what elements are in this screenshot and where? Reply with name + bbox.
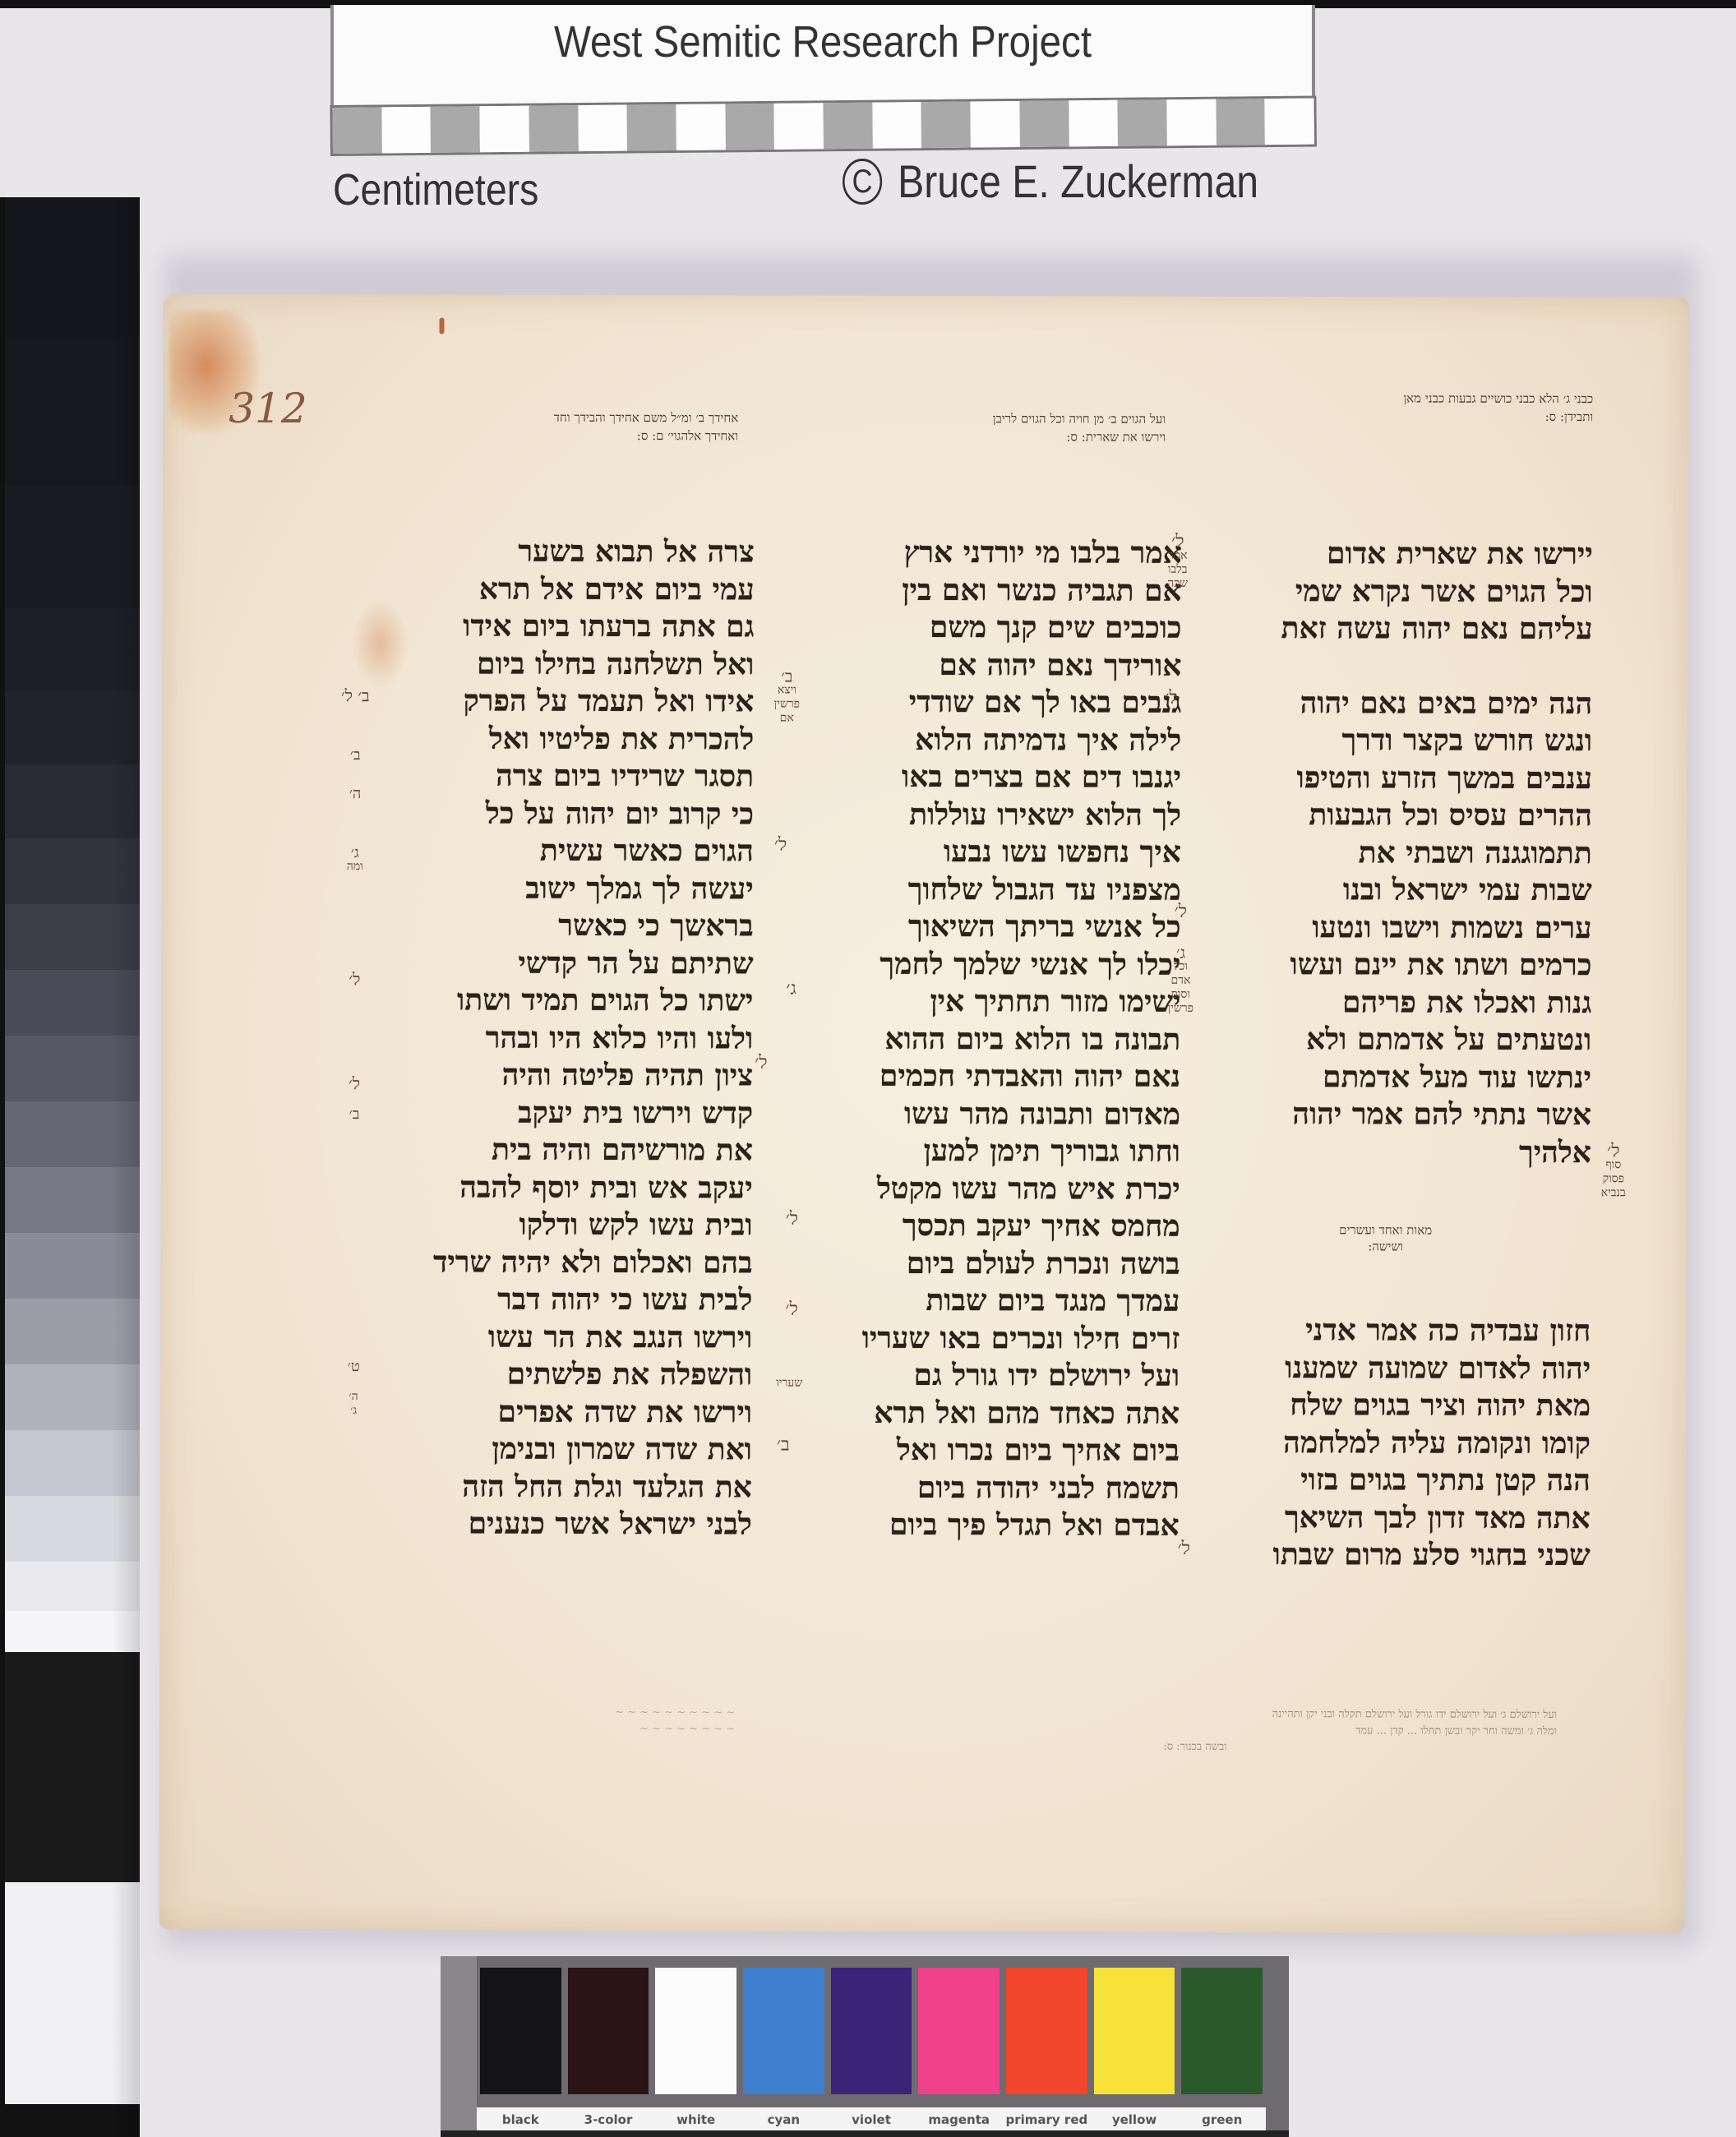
note: ג׳	[333, 1404, 374, 1418]
masorah-line: אחידך ב׳ ומ״ל משם אחידך והבידך וחד	[401, 408, 738, 427]
grey-step	[5, 197, 140, 337]
grey-step	[5, 838, 140, 904]
grey-step	[5, 1562, 140, 1611]
margin-note-sof-pasuk: ל׳ סוף פסוק בנביא	[1593, 1144, 1634, 1200]
ruler-segment	[971, 101, 1020, 148]
margin-note-vayetse: ב׳ ויצא פרשין אם	[766, 669, 807, 725]
text-line: תשמח לבני יהודה ביום	[818, 1469, 1180, 1507]
text-line: גנבים באו לך אם שודדי	[820, 684, 1181, 722]
ruler-segment	[1019, 100, 1069, 147]
note: ב׳	[335, 748, 376, 762]
text-line: הגוים כאשר עשית	[409, 832, 754, 870]
color-calibration-bar: black3-colorwhitecyanvioletmagentaprimar…	[441, 1956, 1289, 2137]
note: בלבו	[1161, 563, 1194, 577]
colophon-line: ושישה:	[1246, 1238, 1526, 1255]
note: פרשין	[766, 697, 807, 711]
text-line: בושה ונכרת לעולם ביום	[818, 1244, 1180, 1283]
text-line: וירשו את שדה אפרים	[407, 1393, 752, 1432]
text-line: שתיתם על הר קדשי	[408, 944, 753, 983]
grey-step	[5, 1652, 140, 1882]
note: ט׳	[333, 1359, 374, 1373]
ruler-segment	[529, 105, 578, 152]
masorah-line: כבני ג׳ הלא כבני כושיים גבעות כבני מאן	[1231, 389, 1593, 408]
scale-label: Centimeters	[333, 164, 538, 215]
ruler-segment	[578, 105, 627, 152]
grey-step-wedge	[0, 197, 140, 2137]
ruler-segment	[480, 106, 529, 153]
stain-left-column	[351, 598, 409, 689]
swatch-label: violet	[828, 2107, 916, 2132]
text-line: ובית עשו לקש ודלקו	[408, 1206, 753, 1244]
copyright-icon: C	[843, 159, 882, 205]
text-line: ואל תשלחנה בחילו ביום	[409, 645, 754, 684]
masorah-line: ותבידן: ס:	[1231, 407, 1593, 426]
grey-step	[5, 1882, 140, 2104]
text-column-left: צרה אל תבוא בשערעמי ביום אידם אל תראגם א…	[407, 533, 755, 1544]
text-line: זרים חילו ונכרים באו שעריו	[818, 1319, 1180, 1358]
color-swatch-violet	[831, 1968, 912, 2094]
note: אדם	[1164, 974, 1197, 988]
ruler-segment	[1166, 99, 1216, 146]
text-line: כוכבים שים קנך משם	[820, 609, 1181, 648]
text-line: יעשה לך גמלך ישוב	[409, 870, 754, 908]
masorah-top-left: אחידך ב׳ ומ״ל משם אחידך והבידך וחד ואחיד…	[401, 408, 738, 445]
text-line: ונטעתים על אדמתם ולא	[1238, 1021, 1591, 1059]
text-line: לבית עשו כי יהוה דבר	[407, 1281, 752, 1319]
text-line: ערים נשמות וישבו ונטעו	[1239, 909, 1592, 948]
grey-step	[5, 1496, 140, 1562]
ruler-segment	[725, 104, 774, 150]
text-line: ענבים במשך הזרע והטיפו	[1239, 759, 1592, 798]
color-swatch-magenta	[918, 1968, 1000, 2094]
note: ה׳	[333, 1390, 374, 1404]
grey-step	[5, 1101, 140, 1167]
margin-note-vekhol: ג׳ וכל אדם וסוס פרשין	[1164, 946, 1197, 1016]
color-swatch-black	[480, 1968, 561, 2094]
text-line: אם תגביה כנשר ואם בין	[820, 571, 1182, 610]
text-column-right: יירשו את שארית אדוםוכל הגוים אשר נקרא שמ…	[1238, 535, 1593, 1171]
masorah-line: וירשו את שארית: ס:	[820, 427, 1166, 446]
masorah-line: ועל ירושלם ג׳ ועל ירושלם ידו גורל ועל יר…	[833, 1705, 1557, 1724]
masorah-top-middle: ועל הגוים ב׳ מן חויה וכל הגוים לריבן ויר…	[820, 409, 1166, 446]
note: סוף	[1593, 1158, 1634, 1172]
margin-note-amar-belibo: ל׳ אמר בלבו שכה	[1161, 535, 1194, 591]
text-line: גם אתה ברעתו ביום אידו	[409, 607, 754, 646]
note: ה׳	[335, 787, 376, 801]
color-swatch-white	[655, 1968, 736, 2094]
text-line: בראשך כי כאשר	[409, 907, 754, 945]
text-line: תסגר שרידיו ביום צרה	[409, 757, 754, 796]
grey-step	[5, 1430, 140, 1496]
grey-step	[5, 337, 140, 485]
margin-mark: ל׳	[785, 1299, 797, 1320]
masorah-bottom-left: ~ ~ ~ ~ ~ ~ ~ ~ ~ ~ ~ ~ ~ ~ ~ ~ ~ ~	[422, 1704, 735, 1738]
text-line: ביום אחיך ביום נכרו ואל	[818, 1432, 1180, 1470]
copyright-label: CBruce E. Zuckerman	[843, 155, 1258, 208]
margin-mark: ל׳	[774, 834, 787, 856]
text-line: ואת שדה שמרון ובנימן	[407, 1430, 752, 1469]
ruler-segment	[1265, 99, 1314, 145]
text-line: עמדך מנגד ביום שבות	[818, 1282, 1180, 1321]
note: ב׳	[766, 669, 807, 683]
note: שעריו	[769, 1377, 810, 1391]
swatch-label: black	[477, 2107, 565, 2132]
text-line: הנה ימים באים נאם יהוה	[1239, 685, 1592, 723]
note: וכל	[1164, 960, 1197, 974]
text-line: בהם ואכלום ולא יהיה שריד	[407, 1244, 752, 1282]
ruler-segment	[431, 106, 480, 153]
text-line: ציון תהיה פליטה והיה	[408, 1056, 753, 1095]
color-swatch-green	[1181, 1968, 1263, 2094]
book-colophon: מאות ואחד ועשרים ושישה:	[1246, 1221, 1526, 1255]
swatch-label: primary red	[1003, 2107, 1091, 2132]
masorah-line: ובשה בכנור: ס:	[833, 1738, 1557, 1756]
margin-mark: ל׳	[755, 1051, 767, 1073]
text-line: כל אנשי בריתך השיאוך	[820, 908, 1181, 947]
note: אם	[766, 711, 807, 725]
color-swatch-primary-red	[1006, 1968, 1087, 2094]
text-line: יירשו את שארית אדום	[1240, 535, 1593, 574]
ruler-segment	[676, 104, 725, 150]
text-line: נאם יהוה והאבדתי חכמים	[819, 1058, 1180, 1096]
text-line: והשפלה את פלשתים	[407, 1355, 752, 1394]
grey-step	[5, 1611, 140, 1652]
color-swatch-cyan	[743, 1968, 824, 2094]
text-column-right-obadiah: חזון עבדיה כה אמר אדנייהוה לאדום שמועה ש…	[1237, 1312, 1591, 1575]
grey-step	[5, 1233, 140, 1299]
text-line: אלהיך	[1238, 1133, 1591, 1172]
note: ויצא	[766, 683, 807, 697]
grey-step	[5, 904, 140, 970]
note: שכה	[1161, 577, 1194, 591]
text-line: שכני בחגוי סלע מרום שבתו	[1237, 1536, 1591, 1575]
text-line: את הגלעד וגלת החל הזה	[407, 1468, 752, 1507]
margin-mark: ב׳	[777, 1434, 790, 1456]
masorah-top-right: כבני ג׳ הלא כבני כושיים גבעות כבני מאן ו…	[1231, 389, 1593, 426]
swatch-label: green	[1178, 2107, 1266, 2132]
text-line: אשר נתתי להם אמר יהוה	[1238, 1096, 1591, 1134]
margin-mark: ל׳	[1165, 687, 1177, 708]
note: ל׳	[334, 972, 375, 986]
ruler-segment	[332, 107, 381, 154]
text-line: אבדם ואל תגדל פיך ביום	[818, 1507, 1180, 1545]
note: ב׳	[334, 1107, 375, 1121]
swatch-label: cyan	[740, 2107, 828, 2132]
margin-mark: ל׳	[1178, 1538, 1190, 1559]
text-line: קדש וירשו בית יעקב	[408, 1094, 753, 1133]
note: ל׳	[334, 1077, 375, 1091]
copyright-holder: Bruce E. Zuckerman	[898, 155, 1258, 207]
masorah-line: ואחידך אלהגוי׳ ם: ס:	[401, 426, 738, 445]
text-line: מאת יהוה וציר בגוים שלח	[1237, 1387, 1591, 1425]
text-line: ישימו מזור תחתיך אין	[819, 983, 1180, 1022]
text-line: לבני ישראל אשר כנענים	[407, 1505, 752, 1544]
text-line: עמי ביום אידם אל תרא	[409, 570, 755, 609]
text-line: ישתו כל הגוים תמיד ושתו	[408, 981, 753, 1020]
text-line: יגנבו דים אם בצרים באו	[820, 759, 1181, 797]
swatch-label: 3-color	[565, 2107, 653, 2132]
note: ומה	[335, 860, 376, 874]
masorah-line: ומלה ג׳ ומשה וחר יקר ובשן תחלו ... קדן .…	[833, 1722, 1557, 1740]
grey-step	[5, 1364, 140, 1430]
text-line: מצפניו עד הגבול שלחוך	[820, 870, 1181, 909]
grey-step	[5, 1036, 140, 1101]
grey-step	[5, 1167, 140, 1233]
text-line: ינתשו עוד מעל אדמתם	[1238, 1059, 1591, 1097]
text-line: אמר בלבו מי יורדני ארץ	[820, 534, 1182, 573]
grey-step	[5, 970, 140, 1036]
text-line: מחמס אחיך יעקב תכסך	[819, 1207, 1180, 1246]
text-line: ולעו והיו כלוא היו ובהר	[408, 1019, 753, 1058]
text-line: ונגש חורש בקצר ודרך	[1239, 722, 1592, 760]
ruler-segment	[921, 102, 971, 149]
centimeter-ruler	[330, 95, 1317, 156]
bottom-dark-strip	[441, 2130, 1289, 2137]
text-line: ההרים עסיס וכל הגבעות	[1239, 796, 1592, 835]
text-line: חזון עבדיה כה אמר אדני	[1237, 1312, 1591, 1350]
note: ל׳	[1161, 535, 1194, 549]
note: פסוק	[1593, 1172, 1634, 1186]
text-line: צרה אל תבוא בשער	[409, 533, 755, 571]
text-line: קומו ונקומה עליה למלחמה	[1237, 1424, 1591, 1462]
text-line: וירשו הנגב את הר עשו	[407, 1318, 752, 1357]
ink-mark	[439, 317, 444, 334]
grey-step	[5, 764, 140, 838]
text-line: תתמוגגנה ושבתי את	[1239, 834, 1592, 873]
outer-margin-notes: ב׳ ל׳ ב׳ ה׳ ג׳ ומה ל׳ ל׳ ב׳ ט׳ ה׳ ג׳	[333, 689, 376, 1418]
text-line: לך הלוא ישאירו עוללות	[820, 796, 1181, 834]
text-line: תבונה בו הלוא ביום ההוא	[819, 1020, 1180, 1059]
text-line: הנה קטן נתתיך בגוים בזוי	[1237, 1461, 1591, 1500]
ruler-segment	[1069, 100, 1118, 147]
colophon-line: מאות ואחד ועשרים	[1246, 1221, 1526, 1239]
ruler-segment	[872, 102, 921, 149]
margin-mark: ל׳	[1175, 901, 1187, 922]
margin-mark: ל׳	[786, 1208, 798, 1230]
note: וסוס	[1164, 988, 1197, 1002]
text-line: איך נחפשו עשו נבעו	[820, 833, 1181, 872]
swatch-label: magenta	[915, 2107, 1003, 2132]
text-line: את מורשיהם והיה בית	[408, 1131, 753, 1170]
note: ל׳	[1593, 1144, 1634, 1158]
text-line: להכרית את פליטיו ואל	[409, 720, 754, 759]
ruler-segment	[1118, 99, 1167, 146]
grey-step	[5, 608, 140, 690]
text-line: יכרת איש מהר עשו מקטל	[819, 1170, 1180, 1208]
text-line: שבות עמי ישראל ובנו	[1239, 871, 1592, 910]
text-line: יהוה לאדום שמועה שמענו	[1237, 1349, 1591, 1387]
grey-step	[5, 1299, 140, 1364]
text-column-middle: אמר בלבו מי יורדני ארץאם תגביה כנשר ואם …	[818, 534, 1182, 1545]
ruler-segment	[1216, 99, 1265, 145]
text-line: כרמים ושתו את יינם ועשו	[1238, 946, 1591, 985]
text-line: יכלו לך אנשי שלמך לחמך	[819, 945, 1180, 984]
text-line: וחתו גבוריך תימן למען	[819, 1133, 1180, 1171]
text-line: מאדום ותבונה מהר עשו	[819, 1095, 1180, 1133]
grey-step	[5, 485, 140, 608]
text-line	[1239, 648, 1592, 685]
grey-step	[5, 690, 140, 764]
text-line: וכל הגוים אשר נקרא שמי	[1240, 573, 1593, 612]
note: ב׳ ל׳	[335, 689, 376, 703]
swatch-label: white	[652, 2107, 740, 2132]
note: ג׳	[335, 846, 376, 860]
note: ג׳	[1164, 946, 1197, 960]
manuscript-leaf: 312 אחידך ב׳ ומ״ל משם אחידך והבידך וחד ו…	[159, 294, 1688, 1934]
text-line: אורידך נאם יהוה אם	[820, 646, 1181, 685]
ruler-segment	[823, 103, 872, 150]
ruler-segment	[627, 104, 676, 151]
ruler-segment	[381, 107, 431, 154]
label-card: West Semitic Research Project	[330, 5, 1315, 107]
masorah-line: ועל הגוים ב׳ מן חויה וכל הגוים לריבן	[820, 409, 1166, 428]
text-line: כי קרוב יום יהוה על כל	[409, 795, 754, 833]
text-line: אתה כאחד מהם ואל תרא	[818, 1394, 1180, 1433]
folio-number: 312	[229, 385, 307, 432]
text-line: גנות ואכלו את פריהם	[1238, 984, 1591, 1022]
ruler-segment	[774, 103, 824, 150]
text-line: לילה איך נדמיתה הלוא	[820, 721, 1181, 759]
swatch-label: yellow	[1091, 2107, 1179, 2132]
note: בנביא	[1593, 1186, 1634, 1200]
margin-mark: ג׳	[786, 978, 796, 999]
text-line: אידו ואל תעמד על הפרק	[409, 682, 754, 721]
text-line: ועל ירושלם ידו גורל גם	[818, 1357, 1180, 1396]
color-swatch-3-color	[568, 1968, 649, 2094]
project-title: West Semitic Research Project	[392, 16, 1253, 67]
masorah-bottom: ועל ירושלם ג׳ ועל ירושלם ידו גורל ועל יר…	[833, 1705, 1557, 1756]
note: פרשין	[1164, 1002, 1197, 1016]
text-line: יעקב אש ובית יוסף להבה	[408, 1169, 753, 1207]
text-line: עליהם נאם יהוה עשה זאת	[1239, 610, 1592, 648]
color-swatch-yellow	[1094, 1968, 1175, 2094]
note: אמר	[1161, 549, 1194, 563]
text-line: אתה מאד זדון לבך השיאך	[1237, 1498, 1591, 1537]
margin-note-shearav: שעריו	[769, 1377, 810, 1391]
